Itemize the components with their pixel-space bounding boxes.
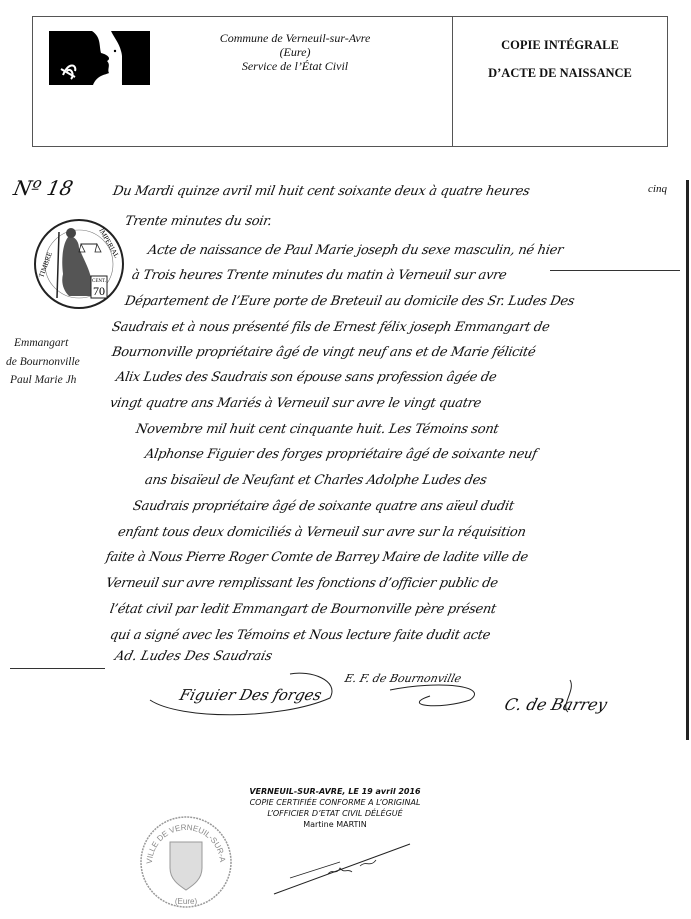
- acte-line: Saudrais et à nous présenté fils de Erne…: [111, 320, 551, 335]
- acte-line: faite à Nous Pierre Roger Comte de Barre…: [105, 550, 529, 565]
- acte-line: Du Mardi quinze avril mil huit cent soix…: [112, 184, 531, 199]
- acte-line: Acte de naissance de Paul Marie joseph d…: [147, 243, 565, 258]
- signature-flourishes: [140, 660, 690, 720]
- corner-note: cinq: [648, 183, 667, 195]
- svg-text:(Eure): (Eure): [175, 897, 198, 906]
- acte-line: Verneuil sur avre remplissant les foncti…: [105, 576, 499, 591]
- certification-block: VERNEUIL-SUR-AVRE, LE 19 avril 2016 COPI…: [230, 786, 440, 830]
- margin-rule: [10, 668, 105, 669]
- svg-text:TIMBRE: TIMBRE: [37, 251, 54, 279]
- acte-number: Nº 18: [11, 176, 75, 200]
- commune-service: Service de l’État Civil: [170, 59, 420, 73]
- timbre-imperial-stamp-icon: CENT. 70 TIMBRE IMPERIAL: [33, 218, 125, 310]
- acte-line: à Trois heures Trente minutes du matin à…: [131, 268, 508, 283]
- acte-line: vingt quatre ans Mariés à Verneuil sur a…: [109, 396, 483, 411]
- acte-line: Alix Ludes des Saudrais son épouse sans …: [115, 370, 498, 385]
- commune-block: Commune de Verneuil-sur-Avre (Eure) Serv…: [170, 31, 420, 73]
- commune-department: (Eure): [170, 45, 420, 59]
- margin-note: de Bournonville: [6, 356, 80, 368]
- acte-line: Saudrais propriétaire âgé de soixante qu…: [132, 499, 515, 514]
- acte-line: Département de l’Eure porte de Breteuil …: [124, 294, 576, 309]
- acte-line: qui a signé avec les Témoins et Nous lec…: [109, 628, 492, 643]
- acte-line: Trente minutes du soir.: [124, 214, 273, 229]
- certification-statement: COPIE CERTIFIÉE CONFORME A L’ORIGINAL: [230, 797, 440, 808]
- register-binding-edge: [686, 180, 689, 740]
- certification-officer-title: L’OFFICIER D’ETAT CIVIL DÉLÉGUÉ: [230, 808, 440, 819]
- margin-note: Emmangart: [14, 337, 68, 349]
- line-fill-stroke: [550, 270, 680, 271]
- document-title-line2: D’ACTE DE NAISSANCE: [452, 66, 668, 80]
- certification-officer-name: Martine MARTIN: [230, 819, 440, 830]
- marianne-logo-icon: [49, 31, 150, 85]
- city-seal-icon: VILLE DE VERNEUIL-SUR-AVRE (Eure): [136, 812, 236, 912]
- svg-text:70: 70: [93, 284, 105, 298]
- acte-line: Bournonville propriétaire âgé de vingt n…: [111, 345, 537, 360]
- certification-place-date: VERNEUIL-SUR-AVRE, LE 19 avril 2016: [230, 786, 440, 797]
- officer-signature: [270, 838, 420, 898]
- document-title: COPIE INTÉGRALE D’ACTE DE NAISSANCE: [452, 38, 668, 80]
- margin-note: Paul Marie Jh: [10, 374, 76, 386]
- acte-line: Novembre mil huit cent cinquante huit. L…: [135, 422, 500, 437]
- acte-line: l’état civil par ledit Emmangart de Bour…: [109, 602, 497, 617]
- commune-name: Commune de Verneuil-sur-Avre: [170, 31, 420, 45]
- header-divider: [452, 16, 453, 147]
- document-title-line1: COPIE INTÉGRALE: [501, 38, 619, 52]
- acte-line: Alphonse Figuier des forges propriétaire…: [144, 447, 538, 462]
- acte-line: enfant tous deux domiciliés à Verneuil s…: [117, 525, 527, 540]
- acte-line: ans bisaïeul de Neufant et Charles Adolp…: [144, 473, 488, 488]
